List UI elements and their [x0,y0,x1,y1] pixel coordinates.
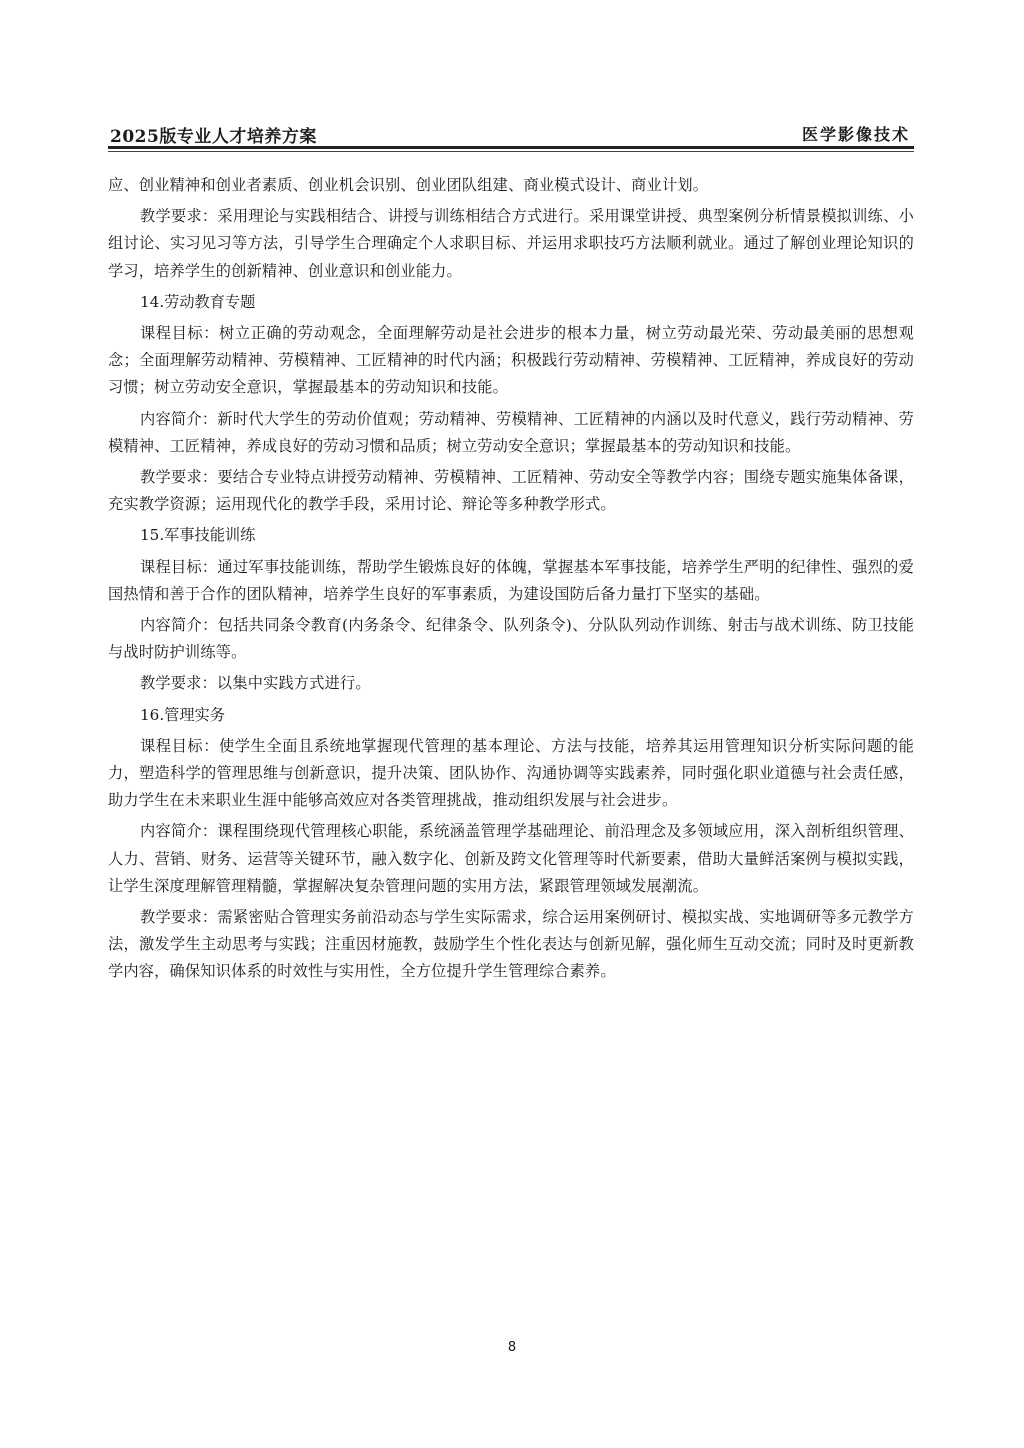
course-intro-paragraph: 内容简介：包括共同条令教育(内务条令、纪律条令、队列条令)、分队队列动作训练、射… [108,612,914,666]
section-management-practice: 16.管理实务 课程目标：使学生全面且系统地掌握现代管理的基本理论、方法与技能，… [108,702,914,986]
page-body: 应、创业精神和创业者素质、创业机会识别、创业团队组建、商业模式设计、商业计划。 … [108,172,914,986]
page-header: 2025版专业人才培养方案 医学影像技术 [108,122,914,144]
section-military-skills: 15.军事技能训练 课程目标：通过军事技能训练，帮助学生锻炼良好的体魄，掌握基本… [108,522,914,701]
teaching-requirement-paragraph: 教学要求：要结合专业特点讲授劳动精神、劳模精神、工匠精神、劳动安全等教学内容；围… [108,464,914,518]
course-goal-paragraph: 课程目标：通过军事技能训练，帮助学生锻炼良好的体魄，掌握基本军事技能，培养学生严… [108,554,914,608]
section-heading: 16.管理实务 [108,702,914,729]
teaching-requirement-paragraph: 教学要求：以集中实践方式进行。 [108,670,914,697]
section-labor-education: 14.劳动教育专题 课程目标：树立正确的劳动观念，全面理解劳动是社会进步的根本力… [108,289,914,523]
header-rule-thin [108,151,914,152]
document-title: 2025版专业人才培养方案 [110,122,317,147]
course-intro-paragraph: 内容简介：课程围绕现代管理核心职能，系统涵盖管理学基础理论、前沿理念及多领域应用… [108,818,914,900]
section-heading: 15.军事技能训练 [108,522,914,549]
section-heading: 14.劳动教育专题 [108,289,914,316]
page-number: 8 [0,1340,1024,1355]
teaching-requirement-paragraph: 教学要求：采用理论与实践相结合、讲授与训练相结合方式进行。采用课堂讲授、典型案例… [108,203,914,285]
major-name: 医学影像技术 [802,122,910,145]
course-intro-paragraph: 内容简介：新时代大学生的劳动价值观；劳动精神、劳模精神、工匠精神的内涵以及时代意… [108,406,914,460]
course-goal-paragraph: 课程目标：树立正确的劳动观念，全面理解劳动是社会进步的根本力量，树立劳动最光荣、… [108,320,914,402]
teaching-requirement-paragraph: 教学要求：需紧密贴合管理实务前沿动态与学生实际需求，综合运用案例研讨、模拟实战、… [108,904,914,986]
continuation-paragraph: 应、创业精神和创业者素质、创业机会识别、创业团队组建、商业模式设计、商业计划。 [108,172,914,199]
header-rule-thick [108,146,914,149]
course-goal-paragraph: 课程目标：使学生全面且系统地掌握现代管理的基本理论、方法与技能，培养其运用管理知… [108,733,914,815]
